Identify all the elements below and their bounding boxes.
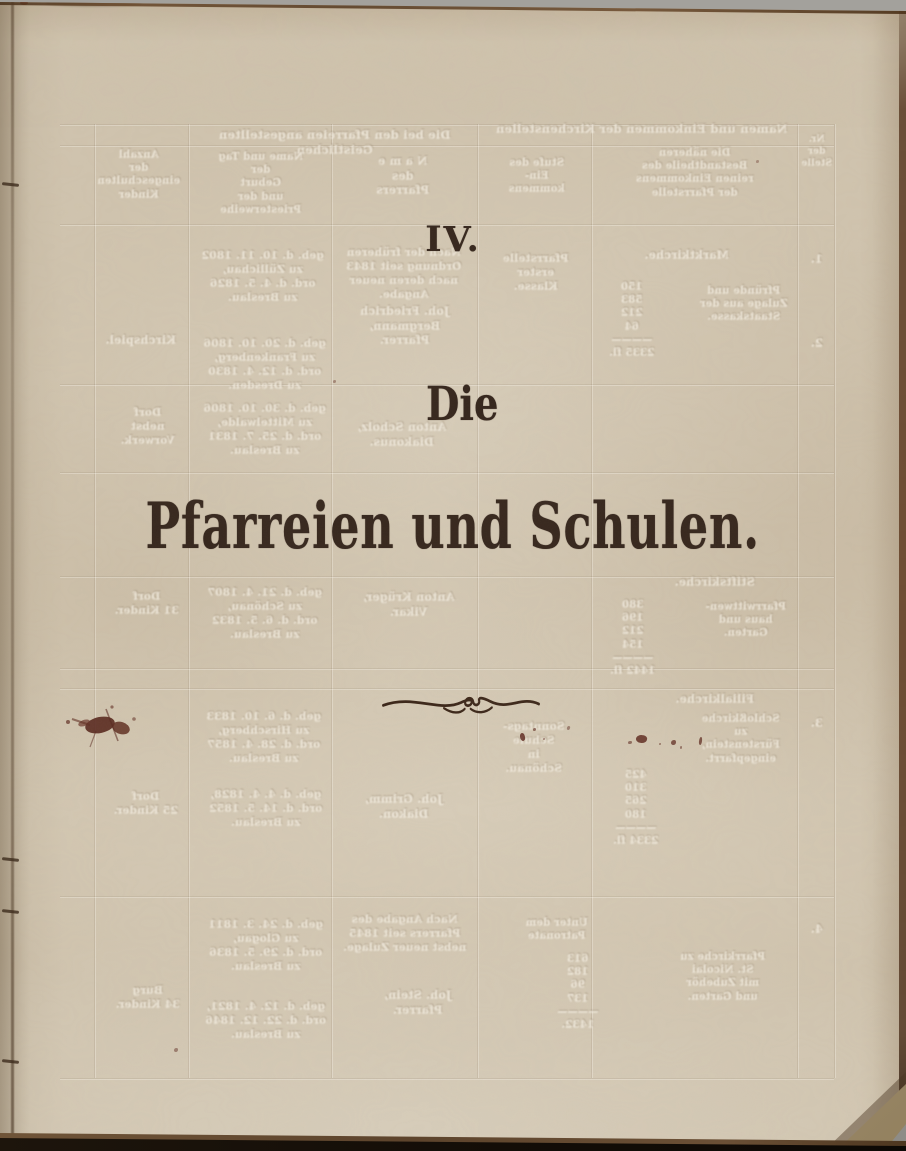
ghost-text-block: 425310265180————2334 fl. — [604, 768, 668, 847]
ghost-text-block: Filialkirche. — [640, 692, 790, 707]
ghost-text-block: geb. d. 21. 4. 1807zu Schönau,ord. d. 6.… — [196, 586, 334, 641]
paper-grain-fine — [0, 0, 906, 1151]
ghost-grid-line — [60, 896, 834, 897]
ghost-text-block: Die näherenBestandtheile desreinen Einko… — [600, 146, 790, 199]
ghost-text-block: Joh. Grimm,Diakon. — [340, 792, 468, 821]
ink-speck — [659, 743, 661, 745]
ghost-text-block: Namen und Einkommen der Kirchenstellen — [484, 121, 800, 136]
ghost-text-block: 3. — [798, 716, 836, 731]
ink-speck — [699, 737, 703, 745]
ghost-grid-line — [331, 124, 332, 1078]
ghost-grid-line — [60, 576, 834, 577]
paper-mottle — [0, 0, 906, 1151]
ink-speck — [756, 160, 759, 163]
ghost-text-block: 380196212154————1442 fl. — [602, 598, 664, 677]
ghost-grid-line — [60, 472, 834, 473]
ghost-text-block: Pfarrkirche zuSt. Nicolaimit Zubehörund … — [664, 950, 782, 1003]
ink-speck — [533, 728, 536, 731]
ghost-text-block: Nach Angabe desPfarrers seit 1845nebst n… — [332, 913, 478, 955]
page-title: Pfarreien und Schulen. — [0, 489, 906, 564]
ghost-text-block: Pfründe undZulage aus derStaatskasse. — [694, 284, 794, 324]
ghost-text-block: geb. d. 4. 4. 1828,ord. d. 14. 5. 1852zu… — [196, 788, 336, 830]
ghost-text-block: Kirchspiel. — [100, 333, 182, 348]
ghost-text-block: Dorf31 Kinder. — [104, 590, 190, 618]
subtitle: Die — [0, 377, 906, 432]
ghost-text-block: Pfarrwittwen-haus undGarten. — [698, 600, 794, 640]
ghost-text-block: Die bei den Pfarreien angestellten Geist… — [190, 127, 480, 157]
ghost-text-block: SchloßkirchezuFürstenstein,eingepfarrt. — [688, 712, 794, 765]
ghost-text-block: Nr.derStelle — [798, 134, 836, 170]
ghost-text-block: Dorf25 Kinder. — [102, 790, 190, 818]
ghost-table: Die bei den Pfarreien angestellten Geist… — [0, 0, 906, 1151]
ghost-text-block: Stufe desEin-kommens — [490, 156, 584, 196]
ghost-text-block: Anton Krüger,Vikar. — [348, 590, 470, 619]
ghost-text-block: geb. d. 12. 4. 1821,ord. d. 22. 12. 1846… — [196, 1000, 336, 1042]
ink-speck — [174, 1048, 178, 1052]
ghost-grid-line — [477, 124, 478, 1078]
ghost-text-block: Stiftskirche. — [640, 575, 790, 590]
ink-speck — [567, 726, 571, 731]
scanned-page: Die bei den Pfarreien angestellten Geist… — [0, 0, 906, 1151]
ghost-grid-line — [60, 688, 834, 689]
ink-speck — [671, 740, 676, 745]
ghost-text-block: Burg34 Kinder. — [104, 984, 192, 1012]
ink-speck — [628, 741, 632, 744]
ghost-text-block: Joh. FriedrichBergmann,Pfarrer. — [344, 304, 466, 348]
right-edge-shadow — [899, 8, 906, 1144]
ghost-text-block: Name und TagderGeburtund derPriesterweih… — [196, 150, 326, 216]
ink-blot — [60, 699, 152, 753]
ghost-text-block: Joh. Stein,Pfarrer. — [366, 988, 470, 1017]
ghost-grid-line — [60, 124, 834, 125]
subtitle-text: Die — [426, 377, 499, 432]
gutter-crease — [11, 0, 14, 1151]
ghost-text-block: 4. — [798, 922, 836, 937]
paper-sheet: Die bei den Pfarreien angestellten Geist… — [0, 0, 906, 1151]
ghost-text-block: AnzahldereingeschultenKinder — [94, 148, 184, 201]
ghost-grid-line — [60, 1078, 834, 1079]
ghost-grid-line — [60, 145, 834, 146]
ghost-grid-line — [834, 124, 835, 1078]
ghost-text-block: 2. — [798, 336, 836, 351]
ghost-grid-line — [797, 124, 798, 1078]
ghost-text-block: 61318296137————1432. — [552, 952, 604, 1031]
ghost-text-block: N a m edesPfarrers — [340, 154, 466, 198]
ink-speck — [519, 732, 526, 741]
ink-speck — [543, 738, 545, 740]
flourish-ornament — [381, 690, 541, 718]
ink-speck — [680, 746, 682, 749]
ghost-text-block: geb. d. 6. 10. 1833zu Hirschberg,ord. d.… — [194, 710, 334, 765]
ghost-grid-line — [188, 124, 189, 1078]
ghost-text-block: Unter demPatronate — [510, 916, 604, 942]
ghost-text-block: 15058321264————2335 fl. — [600, 280, 664, 359]
ghost-grid-line — [60, 668, 834, 669]
ghost-grid-line — [94, 124, 95, 1078]
ink-speck — [635, 734, 647, 744]
section-number: IV. — [0, 219, 906, 260]
page-title-text: Pfarreien und Schulen. — [146, 489, 760, 564]
gutter-shading — [0, 0, 30, 1151]
ghost-grid-line — [591, 124, 592, 1078]
ghost-text-block: geb. d. 24. 3. 1811zu Glogau,ord. d. 29.… — [196, 918, 336, 973]
